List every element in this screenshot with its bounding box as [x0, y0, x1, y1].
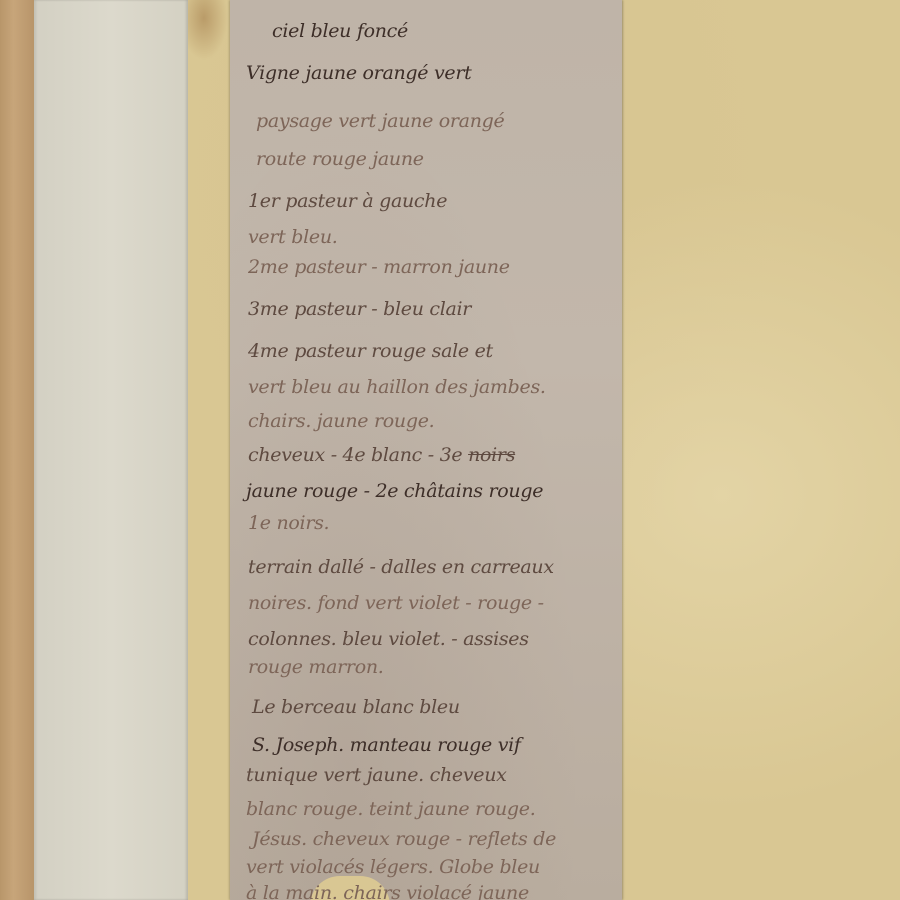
note-line-01: ciel bleu foncé: [272, 20, 408, 42]
note-line-12-text: cheveux - 4e blanc - 3e: [248, 444, 462, 466]
note-line-15: terrain dallé - dalles en carreaux: [248, 556, 554, 578]
note-line-02: Vigne jaune orangé vert: [246, 62, 471, 84]
wooden-frame-edge: [0, 0, 34, 900]
note-line-06: vert bleu.: [248, 226, 338, 248]
note-line-13: jaune rouge - 2e châtains rouge: [246, 480, 543, 502]
note-line-10: vert bleu au haillon des jambes.: [248, 376, 546, 398]
note-line-09: 4me pasteur rouge sale et: [248, 340, 493, 362]
note-line-08: 3me pasteur - bleu clair: [248, 298, 471, 320]
note-line-12: cheveux - 4e blanc - 3e noirs: [248, 444, 515, 466]
note-line-22: blanc rouge. teint jaune rouge.: [246, 798, 535, 820]
note-line-18: rouge marron.: [248, 656, 384, 678]
note-line-14: 1e noirs.: [248, 512, 329, 534]
note-line-05: 1er pasteur à gauche: [248, 190, 447, 212]
note-line-20: S. Joseph. manteau rouge vif: [252, 734, 521, 756]
note-line-21: tunique vert jaune. cheveux: [246, 764, 507, 786]
note-line-17: colonnes. bleu violet. - assises: [248, 628, 529, 650]
note-line-03: paysage vert jaune orangé: [256, 110, 504, 132]
note-line-11: chairs. jaune rouge.: [248, 410, 434, 432]
note-line-24: vert violacés légers. Globe bleu: [246, 856, 540, 878]
paper-stain: [188, 0, 228, 60]
struck-word: noirs: [468, 444, 515, 466]
note-line-04: route rouge jaune: [256, 148, 424, 170]
note-line-23: Jésus. cheveux rouge - reflets de: [252, 828, 556, 850]
white-mat-board: [34, 0, 188, 900]
note-line-25: à la main. chairs violacé jaune: [246, 882, 529, 900]
note-line-16: noires. fond vert violet - rouge -: [248, 592, 544, 614]
photographed-manuscript: ciel bleu foncé Vigne jaune orangé vert …: [0, 0, 900, 900]
note-line-07: 2me pasteur - marron jaune: [248, 256, 510, 278]
note-line-19: Le berceau blanc bleu: [252, 696, 460, 718]
